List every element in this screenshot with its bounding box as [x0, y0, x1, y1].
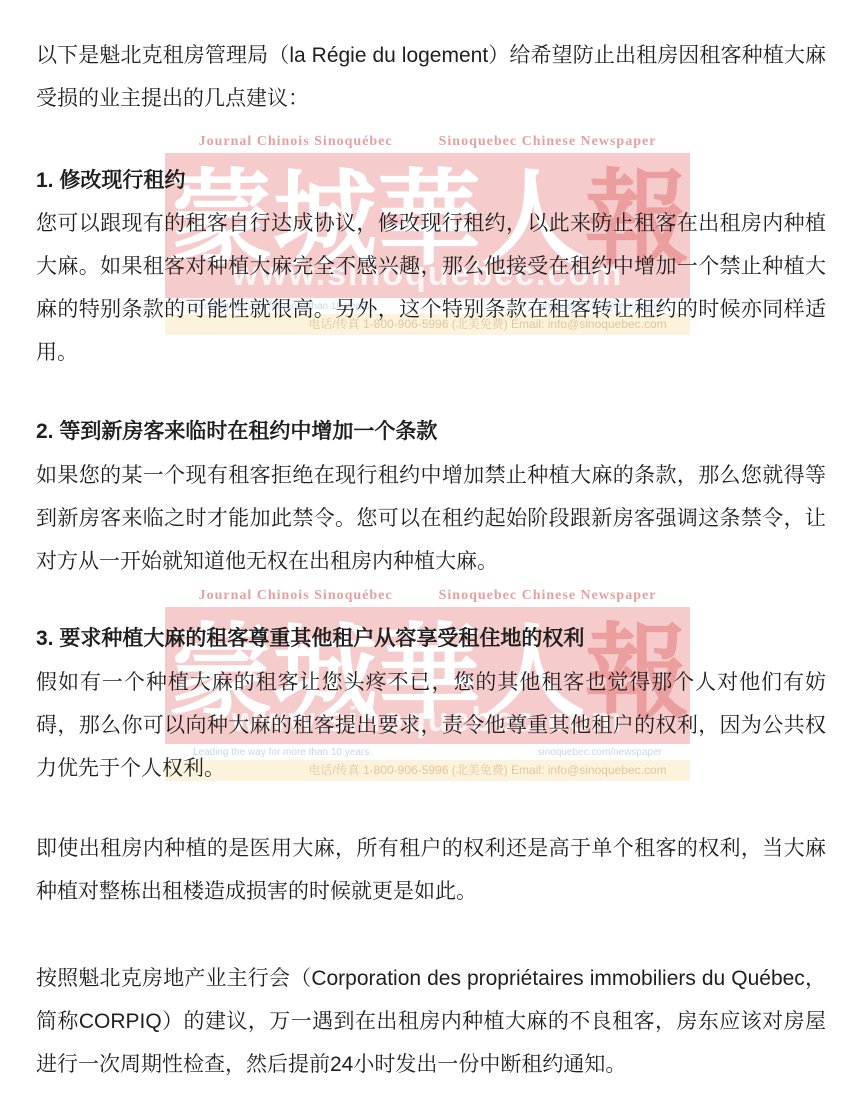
- document-page: Journal Chinois Sinoquébec Sinoquebec Ch…: [0, 0, 856, 1113]
- section-1-body: 您可以跟现有的租客自行达成协议，修改现行租约，以此来防止租客在出租房内种植大麻。…: [36, 202, 826, 374]
- closing-paragraph-2: 按照魁北克房地产业主行会（Corporation des propriétair…: [36, 957, 826, 1086]
- closing-paragraph-1: 即使出租房内种植的是医用大麻，所有租户的权利还是高于单个租客的权利，当大麻种植对…: [36, 827, 826, 913]
- section-2-heading: 2. 等到新房客来临时在租约中增加一个条款: [36, 410, 826, 453]
- section-3-body: 假如有一个种植大麻的租客让您头疼不已，您的其他租客也觉得那个人对他们有妨碍，那么…: [36, 661, 826, 790]
- watermark-header: Journal Chinois Sinoquébec Sinoquebec Ch…: [165, 585, 690, 607]
- watermark-header-right: Sinoquebec Chinese Newspaper: [439, 588, 657, 604]
- section-2-body: 如果您的某一个现有租客拒绝在现行租约中增加禁止种植大麻的条款，那么您就得等到新房…: [36, 454, 826, 583]
- watermark-header: Journal Chinois Sinoquébec Sinoquebec Ch…: [165, 131, 690, 153]
- section-1-heading: 1. 修改现行租约: [36, 159, 826, 202]
- watermark-header-left: Journal Chinois Sinoquébec: [199, 588, 393, 604]
- watermark-header-left: Journal Chinois Sinoquébec: [199, 134, 393, 150]
- watermark-header-right: Sinoquebec Chinese Newspaper: [439, 134, 657, 150]
- intro-paragraph: 以下是魁北克租房管理局（la Régie du logement）给希望防止出租…: [36, 34, 826, 120]
- section-3-heading: 3. 要求种植大麻的租客尊重其他租户从容享受租住地的权利: [36, 617, 826, 660]
